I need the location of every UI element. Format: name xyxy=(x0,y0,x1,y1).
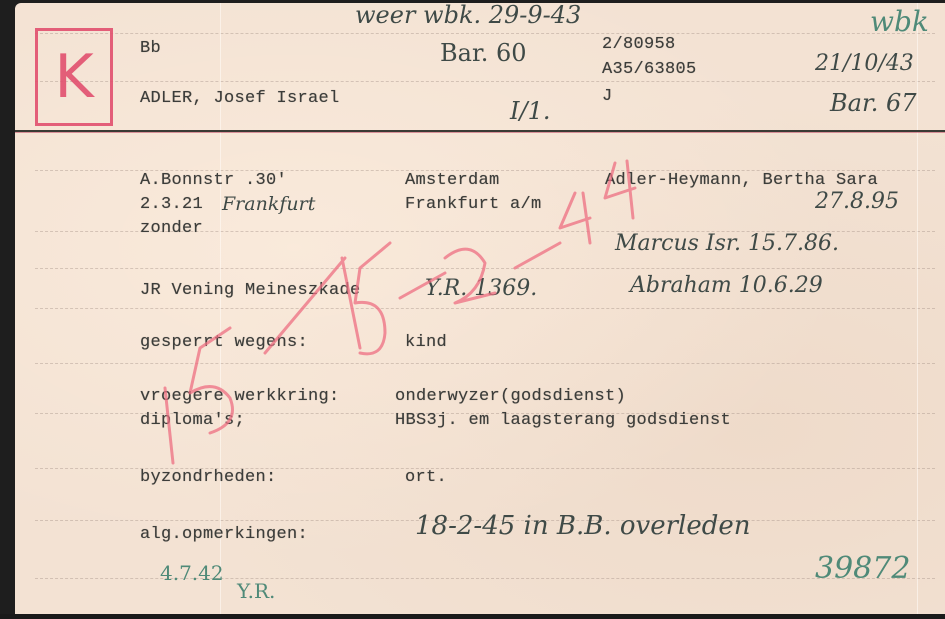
handwritten-bar-right: Bar. 67 xyxy=(830,89,917,117)
fold-line xyxy=(917,3,918,614)
field-label-byzonderheden: byzondrheden: xyxy=(140,468,277,487)
handwritten-mark: I/1. xyxy=(510,97,550,125)
bottom-left-note-2: Y.R. xyxy=(237,579,275,603)
number-3: J xyxy=(602,87,613,106)
spouse-birth-date: 27.8.95 xyxy=(815,189,899,214)
city: Amsterdam xyxy=(405,171,500,190)
field-label-werkkring: vroegere werkkring: xyxy=(140,387,340,406)
religion-line: zonder xyxy=(140,219,203,238)
handwritten-date: 21/10/43 xyxy=(815,51,914,76)
guide-line xyxy=(35,308,935,309)
birth-city: Frankfurt a/m xyxy=(405,195,542,214)
bottom-right-number: 39872 xyxy=(815,551,910,586)
handwritten-address-2: Y.R. 1369. xyxy=(425,276,537,301)
bottom-left-note-1: 4.7.42 xyxy=(160,561,224,585)
guide-line xyxy=(35,363,935,364)
field-value-gesperrt: kind xyxy=(405,333,447,352)
number-2: A35/63805 xyxy=(602,60,697,79)
header-rule xyxy=(15,130,945,132)
guide-line xyxy=(35,33,935,34)
card-code: Bb xyxy=(140,39,161,58)
spouse-name: Adler-Heymann, Bertha Sara xyxy=(605,171,878,190)
field-label-gesperrt: gesperrt wegens: xyxy=(140,333,308,352)
handwritten-top-note: weer wbk. 29-9-43 xyxy=(355,3,581,29)
scan-border xyxy=(0,614,945,619)
guide-line xyxy=(35,268,935,269)
person-name: ADLER, Josef Israel xyxy=(140,89,340,108)
k-stamp: K xyxy=(35,28,113,126)
birth-date: 2.3.21 xyxy=(140,195,203,214)
handwritten-bar: Bar. 60 xyxy=(440,39,527,67)
field-value-opmerkingen: 18-2-45 in B.B. overleden xyxy=(415,511,751,541)
relative-1: Marcus Isr. 15.7.86. xyxy=(615,231,839,256)
field-label-opmerkingen: alg.opmerkingen: xyxy=(140,525,308,544)
handwritten-wbk: wbk xyxy=(870,5,929,38)
field-value-werkkring: onderwyzer(godsdienst) xyxy=(395,387,626,406)
field-value-byzonderheden: ort. xyxy=(405,468,447,487)
address-2: JR Vening Meineszkade xyxy=(140,281,361,300)
stamp-letter: K xyxy=(38,31,110,123)
guide-line xyxy=(35,81,935,82)
relative-2: Abraham 10.6.29 xyxy=(630,273,823,298)
number-1: 2/80958 xyxy=(602,35,676,54)
field-value-diplomas: HBS3j. em laagsterang godsdienst xyxy=(395,411,731,430)
index-card: K Bb ADLER, Josef Israel weer wbk. 29-9-… xyxy=(15,3,945,614)
handwritten-birth-place: Frankfurt xyxy=(222,193,315,215)
field-label-diplomas: diploma's; xyxy=(140,411,245,430)
address: A.Bonnstr .30' xyxy=(140,171,287,190)
